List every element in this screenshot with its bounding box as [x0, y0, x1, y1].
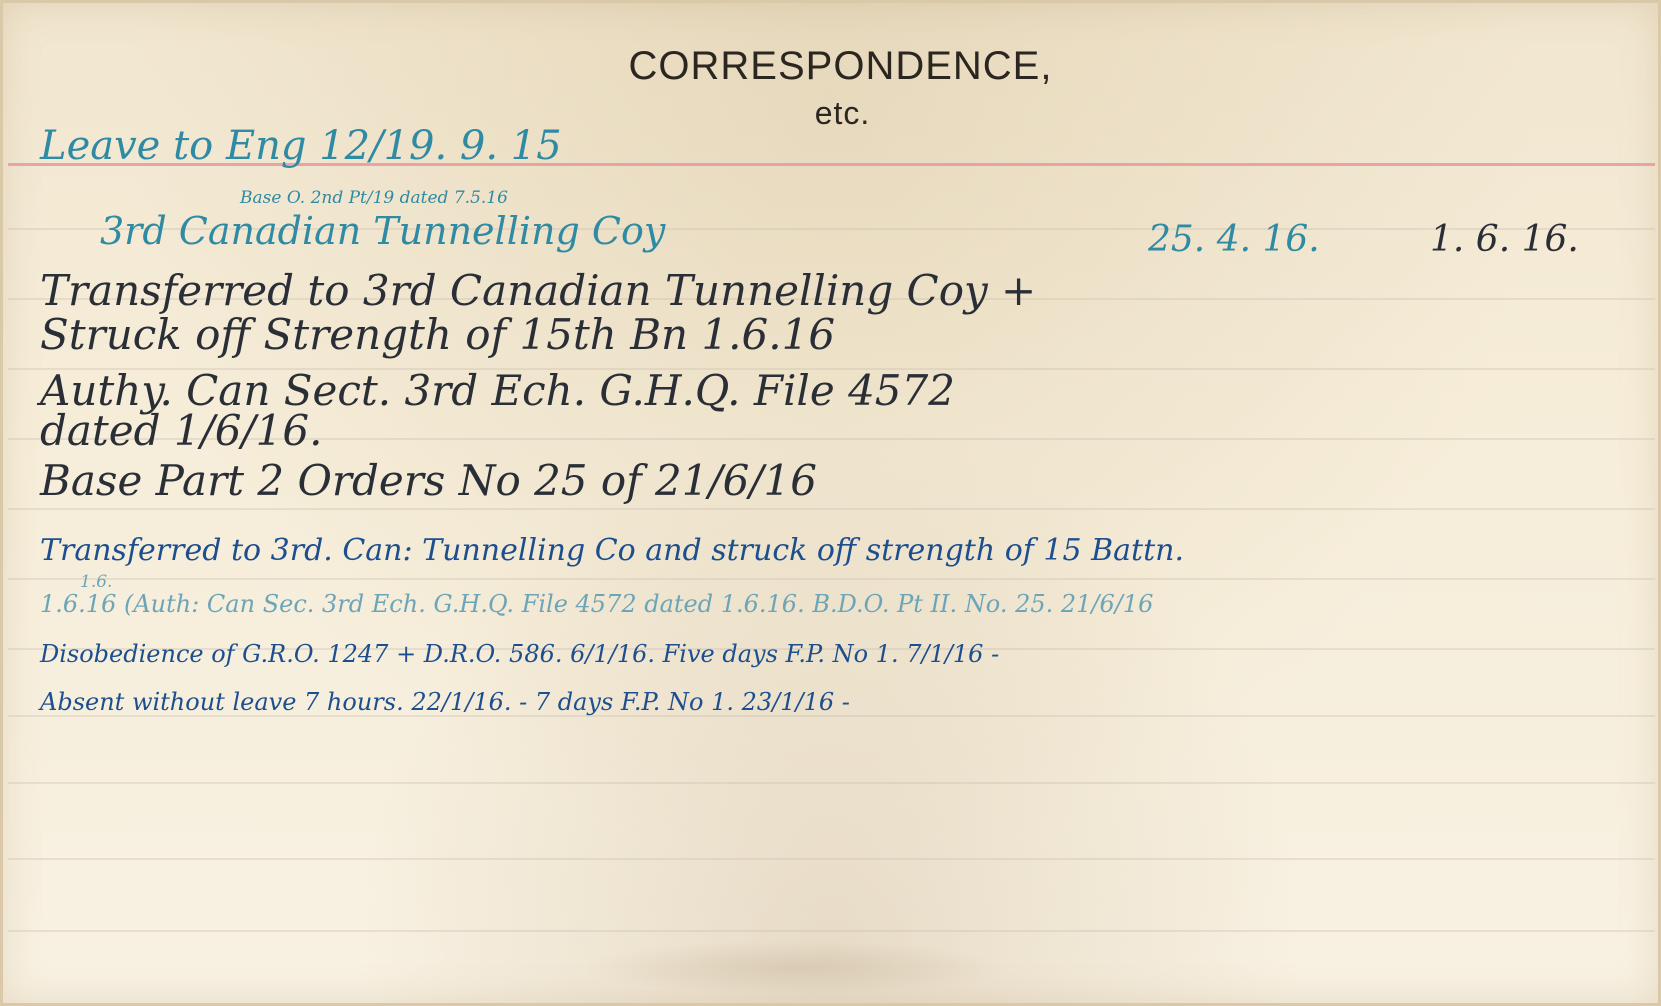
transfer-line-2: Struck off Strength of 15th Bn 1.6.16 — [40, 314, 835, 356]
card-heading: CORRESPONDENCE, — [0, 44, 1661, 89]
ruled-line — [8, 930, 1655, 932]
ruled-line — [8, 508, 1655, 510]
offence-entry-1: Disobedience of G.R.O. 1247 + D.R.O. 586… — [40, 642, 999, 666]
ruled-line — [8, 782, 1655, 784]
unit-annotation: Base O. 2nd Pt/19 dated 7.5.16 — [240, 190, 508, 207]
unit-date-to: 1. 6. 16. — [1430, 222, 1579, 258]
unit-date-from: 25. 4. 16. — [1148, 222, 1320, 258]
paper-stain — [580, 940, 1010, 995]
blue-transfer-line-1: Transferred to 3rd. Can: Tunnelling Co a… — [40, 536, 1184, 566]
transfer-line-5: Base Part 2 Orders No 25 of 21/6/16 — [40, 460, 817, 502]
correspondence-card: CORRESPONDENCE, etc. Leave to Eng 12/19.… — [0, 0, 1661, 1006]
offence-entry-2: Absent without leave 7 hours. 22/1/16. -… — [40, 690, 850, 714]
transfer-line-4: dated 1/6/16. — [40, 410, 322, 452]
unit-entry: 3rd Canadian Tunnelling Coy — [100, 212, 665, 250]
transfer-line-1: Transferred to 3rd Canadian Tunnelling C… — [40, 270, 1036, 312]
ruled-line — [8, 578, 1655, 580]
leave-entry: Leave to Eng 12/19. 9. 15 — [40, 126, 562, 166]
blue-transfer-line-2: 1.6.16 (Auth: Can Sec. 3rd Ech. G.H.Q. F… — [40, 592, 1153, 616]
ruled-line — [8, 858, 1655, 860]
blue-transfer-correction: 1.6. — [80, 574, 112, 591]
